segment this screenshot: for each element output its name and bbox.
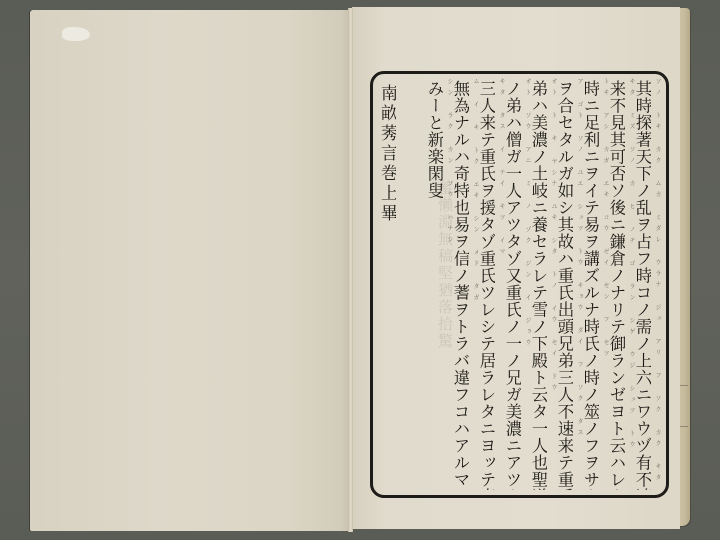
- text-column-7: 三人来テ重氏ヲ援タゾ重氏ツレシテ居ラレタニヨッテ貞吉也今デ: [477, 80, 495, 490]
- book-gutter: [348, 8, 353, 532]
- text-column-5: 弟ハ美濃ノ土岐ニ養セラレテ雪ノ下殿ト云タ一人也聖道デアツタゾ又: [529, 80, 547, 490]
- text-column-1: 其時探著天下ノ乱ヲ占フ時コノ需ノ上六ニワウヅ有不速客三人来ニ自ホ以: [633, 80, 651, 490]
- text-column-3: 時ニ足利ニヲイテ易ヲ講ズルナ時氏ノ時ノ筮ノフヲサクスルニ其占符節: [581, 80, 599, 490]
- text-column-8: 無為ナルハ奇特也易ヲ信ノ蓍ヲトラバ違フコハアルマイゾよあり此ひ: [451, 80, 469, 490]
- paper-stain: [62, 27, 90, 41]
- left-page: [30, 10, 350, 531]
- text-column-4: ヲ合セタルガ如シ其故ハ重氏出頭兄弟三人不速来テ重氏ヲ援タリ: [555, 80, 573, 490]
- text-column-2: 来不見其可否ソ後ニ鎌倉ノナリテ御ランゼヨト云ハレタリ又其後重氏出頭ノ: [607, 80, 625, 490]
- furigana-column: ソノ トキ カク ムカ ミダレ ウラナ ジュ アリ フ ソク カク キタ オ ノ…: [653, 78, 662, 488]
- volume-end-title: 南畝莠言巻上畢: [378, 84, 396, 304]
- text-column-6: ノ弟ハ僧ガ一人アツタゾ又重氏ノ一ノ兄ガ美濃ニアツタゾ其ハ俗人ゾ以上: [503, 80, 521, 490]
- text-column-9: みーと新楽閑叟の話ると: [425, 80, 443, 200]
